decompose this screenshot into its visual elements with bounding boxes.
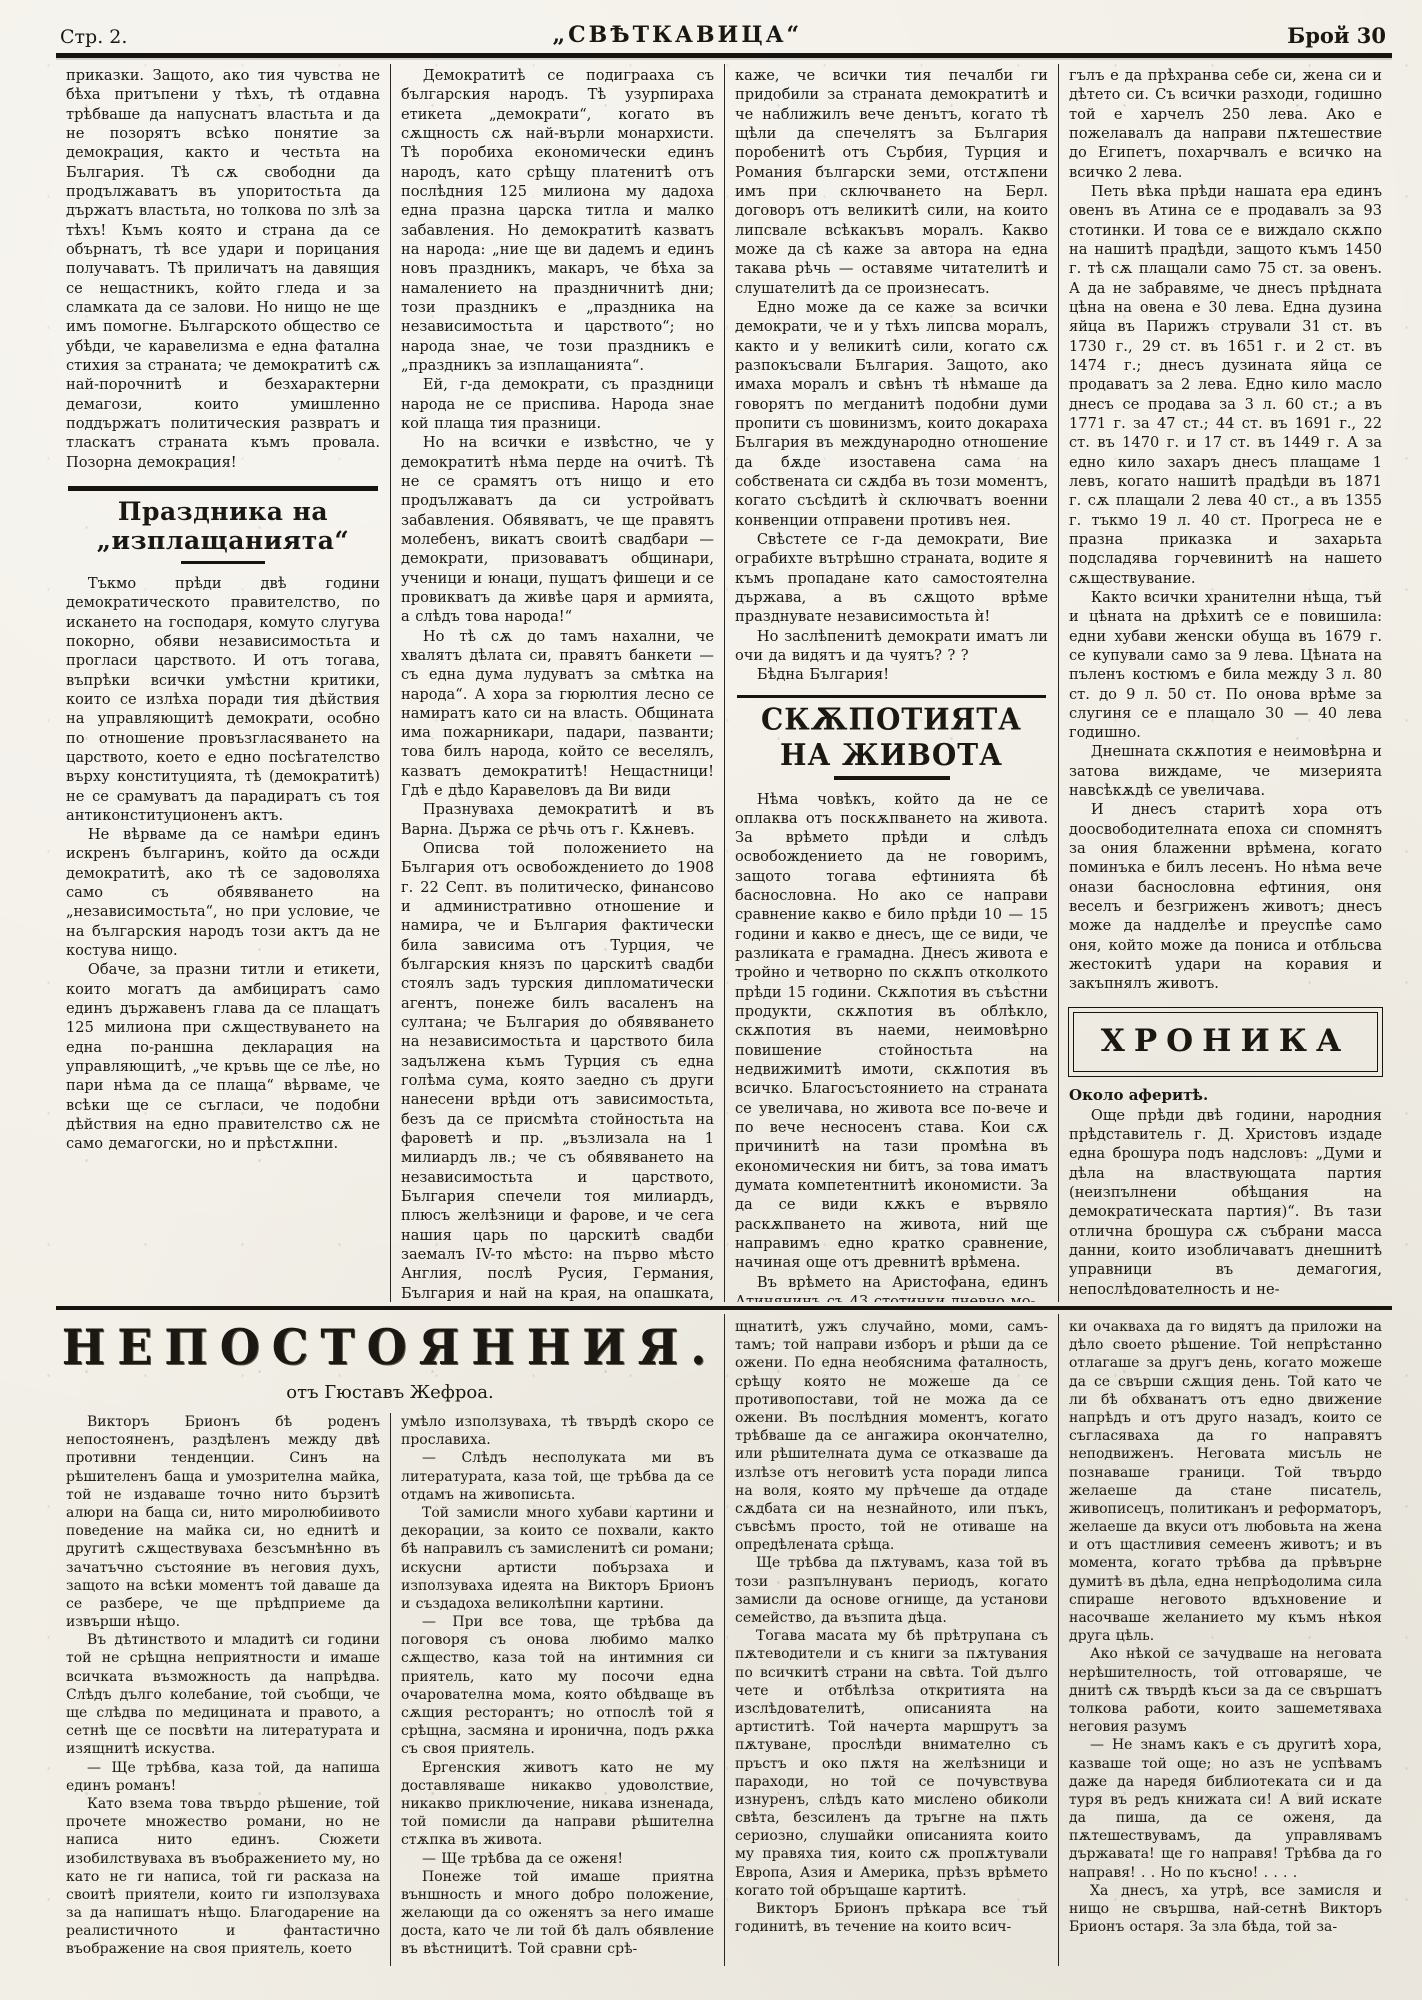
feuilleton-text: ки очакваха да го видятъ да приложи на д… xyxy=(1069,1318,1382,1936)
page-number: Стр. 2. xyxy=(60,26,127,48)
heading-underline xyxy=(834,776,950,780)
paragraph: Тъкмо прѣди двѣ години демократическото … xyxy=(66,574,380,825)
paragraph: Но заслѣпенитѣ демократи иматъ ли очи да… xyxy=(735,627,1048,666)
paragraph: Викторъ Брионъ прѣкара все тъй годинитѣ,… xyxy=(735,1900,1048,1936)
paragraph: — Не знамъ какъ е съ другитѣ хора, казва… xyxy=(1069,1736,1382,1882)
feuilleton-text: умѣло използуваха, тѣ твърдѣ скоро се пр… xyxy=(401,1413,714,1959)
paragraph: Той замисли много хубави картини и декор… xyxy=(401,1504,714,1613)
chronicle-body: Още прѣди двѣ години, народния прѣдстави… xyxy=(1069,1106,1382,1299)
paragraph: И днесъ старитѣ хора отъ доосвободителна… xyxy=(1069,800,1382,993)
section-divider-rule xyxy=(56,1306,1392,1310)
paragraph: умѣло използуваха, тѣ твърдѣ скоро се пр… xyxy=(401,1413,714,1449)
paragraph: Не вѣрваме да се намѣри единъ искренъ бъ… xyxy=(66,825,380,960)
paragraph: Ха днесъ, ха утрѣ, все замисля и нищо не… xyxy=(1069,1882,1382,1937)
article-title-prazdnika: Праздника на „изплащанията“ xyxy=(66,497,380,555)
masthead-rule xyxy=(56,53,1392,58)
paragraph: Ако нѣкой се зачудваше на неговата нерѣш… xyxy=(1069,1645,1382,1736)
heading-rule xyxy=(737,695,1046,698)
newspaper-page: Стр. 2. „СВѢТКАВИЦА“ Брой 30 приказки. З… xyxy=(0,0,1422,2000)
article-body-democrats: Демократитѣ се подиграаха съ българския … xyxy=(401,66,714,1302)
column-2: Демократитѣ се подиграаха съ българския … xyxy=(390,64,724,1302)
paragraph: Въ дѣтинството и младитѣ си години той н… xyxy=(66,1631,380,1758)
paragraph: — Ще трѣбва, каза той, да напиша единъ р… xyxy=(66,1759,380,1795)
paragraph: Тогава масата му бѣ прѣтрупана съ пѫтево… xyxy=(735,1627,1048,1900)
article-title-skapotiyata: СКѪПОТИЯТА НА ЖИВОТА xyxy=(735,701,1048,772)
column-4: гълъ е да прѣхранва себе си, жена си и д… xyxy=(1058,64,1392,1302)
paragraph: Но тѣ сѫ до тамъ нахални, че хвалятъ дѣл… xyxy=(401,627,714,801)
paragraph: — Слѣдъ несполуката ми въ литературата, … xyxy=(401,1449,714,1504)
article-continuation-text: приказки. Защото, ако тия чувства не бѣх… xyxy=(66,66,380,472)
feuilleton-column-1: Викторъ Брионъ бѣ роденъ непостояненъ, р… xyxy=(56,1413,390,1966)
feuilleton-text: Викторъ Брионъ бѣ роденъ непостояненъ, р… xyxy=(66,1413,380,1959)
feuilleton-byline: отъ Гюставъ Жефроа. xyxy=(56,1382,724,1403)
paragraph: Понеже той имаше приятна външность и мно… xyxy=(401,1868,714,1959)
feuilleton-column-2: умѣло използуваха, тѣ твърдѣ скоро се пр… xyxy=(390,1413,724,1966)
article-body-skapotiyata: Нѣма човѣкъ, който да не се оплаква отъ … xyxy=(735,790,1048,1303)
issue-number: Брой 30 xyxy=(1287,23,1386,48)
paragraph: Ще трѣбва да пѫтувамъ, каза той въ този … xyxy=(735,1554,1048,1627)
feuilleton-column-3: щнатитѣ, ужъ случайно, моми, самъ-тамъ; … xyxy=(724,1314,1058,1966)
paragraph: — При все това, ще трѣбва да поговоря съ… xyxy=(401,1613,714,1759)
article-continuation-text: гълъ е да прѣхранва себе си, жена си и д… xyxy=(1069,66,1382,994)
paragraph: Още прѣди двѣ години, народния прѣдстави… xyxy=(1069,1106,1382,1299)
paragraph: щнатитѣ, ужъ случайно, моми, самъ-тамъ; … xyxy=(735,1318,1048,1554)
newspaper-title: „СВѢТКАВИЦА“ xyxy=(553,22,803,48)
feuilleton-head-area: НЕПОСТОЯННИЯ. отъ Гюставъ Жефроа. Виктор… xyxy=(56,1314,724,1966)
paragraph: Както всички хранителни нѣща, тъй и цѣна… xyxy=(1069,588,1382,743)
paragraph: ки очакваха да го видятъ да приложи на д… xyxy=(1069,1318,1382,1645)
heading-rule xyxy=(68,486,378,491)
article-body-prazdnika: Тъкмо прѣди двѣ години демократическото … xyxy=(66,574,380,1154)
paragraph: гълъ е да прѣхранва себе си, жена си и д… xyxy=(1069,66,1382,182)
paragraph: Нѣма човѣкъ, който да не се оплаква отъ … xyxy=(735,790,1048,1273)
chronicle-box: ХРОНИКА xyxy=(1073,1012,1378,1072)
paragraph: Бѣдна България! xyxy=(735,665,1048,684)
paragraph: Но на всички е извѣстно, че у демократит… xyxy=(401,433,714,626)
paragraph: Петь вѣка прѣди нашата ера единъ овенъ в… xyxy=(1069,182,1382,588)
paragraph: Въ врѣмето на Аристофана, единъ Атинянин… xyxy=(735,1273,1048,1302)
article-continuation-text: каже, че всички тия печалби ги придобили… xyxy=(735,66,1048,685)
masthead: Стр. 2. „СВѢТКАВИЦА“ Брой 30 xyxy=(56,10,1392,50)
paragraph: Днешната скѫпотия е неимовѣрна и затова … xyxy=(1069,742,1382,800)
paragraph: Демократитѣ се подиграаха съ българския … xyxy=(401,66,714,375)
top-section: приказки. Защото, ако тия чувства не бѣх… xyxy=(56,64,1392,1302)
column-1: приказки. Защото, ако тия чувства не бѣх… xyxy=(56,64,390,1302)
paragraph: Обаче, за празни титли и етикети, които … xyxy=(66,960,380,1153)
paragraph: Свѣстете се г-да демократи, Вие ограбихт… xyxy=(735,530,1048,627)
paragraph: Описва той положението на България отъ о… xyxy=(401,839,714,1302)
heading-underline xyxy=(181,561,265,564)
paragraph: Викторъ Брионъ бѣ роденъ непостояненъ, р… xyxy=(66,1413,380,1631)
feuilleton-section: НЕПОСТОЯННИЯ. отъ Гюставъ Жефроа. Виктор… xyxy=(56,1314,1392,1966)
feuilleton-columns-1-2: Викторъ Брионъ бѣ роденъ непостояненъ, р… xyxy=(56,1413,724,1966)
feuilleton-title: НЕПОСТОЯННИЯ. xyxy=(56,1319,724,1376)
feuilleton-column-4: ки очакваха да го видятъ да приложи на д… xyxy=(1058,1314,1392,1966)
paragraph: Празнуваха демократитѣ и въ Варна. Държа… xyxy=(401,800,714,839)
paragraph: Ей, г-да демократи, съ праздници народа … xyxy=(401,375,714,433)
paragraph: Ергенския животъ като не му доставляваше… xyxy=(401,1759,714,1850)
column-3: каже, че всички тия печалби ги придобили… xyxy=(724,64,1058,1302)
paragraph: Като взема това твърдо рѣшение, той проч… xyxy=(66,1795,380,1959)
feuilleton-text: щнатитѣ, ужъ случайно, моми, самъ-тамъ; … xyxy=(735,1318,1048,1936)
paragraph: каже, че всички тия печалби ги придобили… xyxy=(735,66,1048,298)
chronicle-subheading: Около аферитѣ. xyxy=(1069,1086,1382,1104)
paragraph: Едно може да се каже за всички демократи… xyxy=(735,298,1048,530)
paragraph: — Ще трѣбва да се оженя! xyxy=(401,1850,714,1868)
chronicle-title: ХРОНИКА xyxy=(1101,1023,1350,1059)
paragraph: приказки. Защото, ако тия чувства не бѣх… xyxy=(66,66,380,472)
